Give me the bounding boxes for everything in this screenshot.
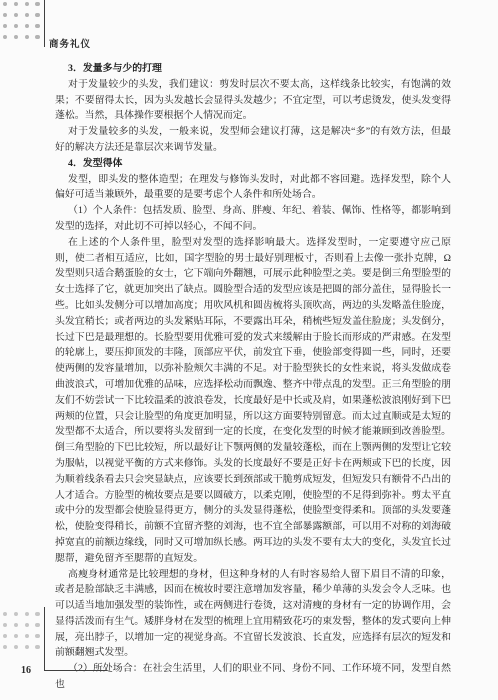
paragraph: （2）所处场合：在社会生活里，人们的职业不同、身份不同、工作环境不同，发型自然也 (55, 661, 451, 693)
paragraph: 在上述的个人条件里，脸型对发型的选择影响最大。选择发型时，一定要遵守应己原则，使… (55, 235, 451, 567)
decor-dot (35, 645, 39, 649)
decor-dot (14, 634, 18, 638)
page-body-text: 3．发量多与少的打理 对于发量较少的头发，我们建议：剪发时层次不要太高，这样线条… (55, 61, 451, 693)
decor-dot (25, 612, 29, 616)
decor-dot-grid-bottom (3, 612, 40, 649)
decor-dot (3, 634, 7, 638)
decor-dot (25, 634, 29, 638)
decor-dot (25, 2, 29, 6)
page-number: 16 (21, 665, 31, 676)
decor-dot (14, 13, 18, 17)
decor-dot (14, 645, 18, 649)
running-header-title: 商务礼仪 (49, 36, 91, 50)
decor-dot (3, 612, 7, 616)
header-vertical-rule (44, 0, 45, 47)
decor-dot (14, 612, 18, 616)
paragraph: （1）个人条件：包括发质、脸型、身高、胖瘦、年纪、着装、佩饰、性格等，都影响到发… (55, 203, 451, 235)
footer-vertical-rule (44, 607, 45, 671)
decor-dot (14, 623, 18, 627)
decor-dot (14, 24, 18, 28)
section-heading: 4．发型得体 (55, 156, 451, 172)
decor-dot (35, 634, 39, 638)
decor-dot (35, 612, 39, 616)
decor-dot (35, 13, 39, 17)
footer-horizontal-rule (44, 670, 107, 671)
decor-dot (14, 35, 18, 39)
paragraph: 发型，即头发的整体造型；在理发与修饰头发时，对此都不容回避。选择发型，除个人偏好… (55, 172, 451, 204)
decor-dot (35, 623, 39, 627)
decor-dot (3, 24, 7, 28)
decor-dot (25, 645, 29, 649)
section-heading: 3．发量多与少的打理 (55, 61, 451, 77)
book-page: 商务礼仪 3．发量多与少的打理 对于发量较少的头发，我们建议：剪发时层次不要太高… (0, 0, 498, 700)
decor-dot (35, 35, 39, 39)
decor-dot (25, 623, 29, 627)
decor-dot (35, 2, 39, 6)
decor-dot (25, 13, 29, 17)
decor-dot (3, 35, 7, 39)
paragraph: 对于发量较少的头发，我们建议：剪发时层次不要太高，这样线条比较实，有饱满的效果；… (55, 77, 451, 124)
decor-dot (25, 24, 29, 28)
decor-dot (35, 24, 39, 28)
decor-dot-grid-top (3, 2, 40, 39)
paragraph: 对于发量较多的头发，一般来说，发型师会建议打薄，这是解决“多”的有效方法，但最好… (55, 124, 451, 156)
decor-dot (14, 2, 18, 6)
paragraph: 高瘦身材通常是比较理想的身材，但这种身材的人有时容易给人留下眉目不清的印象，或者… (55, 567, 451, 662)
decor-dot (3, 2, 7, 6)
decor-dot (3, 645, 7, 649)
decor-dot (3, 13, 7, 17)
decor-dot (3, 623, 7, 627)
decor-dot (25, 35, 29, 39)
